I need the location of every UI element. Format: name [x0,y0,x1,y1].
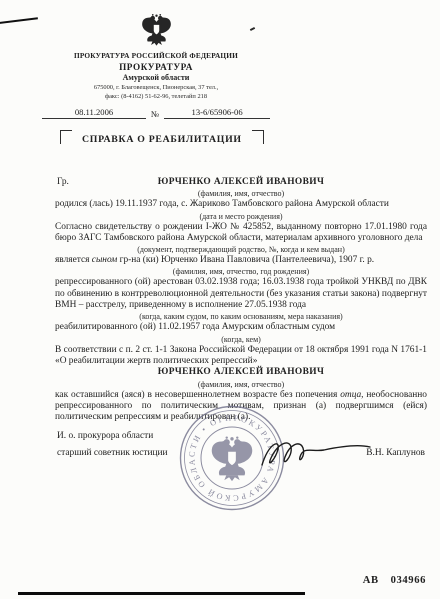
corner-mark-left [60,130,72,144]
relation-rest: гр-на (ки) Юрченко Ивана Павловича (Пант… [120,255,375,265]
rehabilitation-line: реабилитированного (ой) 11.02.1957 года … [55,322,427,333]
caption-conclusion-fio: (фамилия, имя, отчество) [55,379,427,390]
scan-artifact-bottom-line [18,592,305,595]
date-number-row: 08.11.2006 № 13-6/65906-06 [38,107,274,119]
gr-label: Гр. [57,177,69,188]
citizen-name-row: Гр. ЮРЧЕНКО АЛЕКСЕЙ ИВАНОВИЧ [55,177,427,188]
caption-proof-document: (документ, подтверждающий родство, №, ко… [55,244,427,255]
blank-serial: АВ 034966 [363,575,426,586]
page-title: СПРАВКА О РЕАБИЛИТАЦИИ [72,130,252,145]
conclusion-prefix: как оставшийся (аяся) в несовершеннолетн… [55,390,337,400]
caption-relative: (фамилия, имя, отчество, год рождения) [55,266,427,277]
rehabilitation-certificate-page: ПРОКУРАТУРА РОССИЙСКОЙ ФЕДЕРАЦИИ ПРОКУРА… [0,0,440,599]
org-name-prokuratura: ПРОКУРАТУРА [38,62,274,72]
serial-series: АВ [363,575,379,586]
org-address: 675000, г. Благовещенск, Пионерская, 37 … [38,84,274,91]
russia-coat-of-arms-icon [138,13,175,47]
caption-repression: (когда, каким судом, по каким основаниям… [55,311,427,322]
conclusion-name: ЮРЧЕНКО АЛЕКСЕЙ ИВАНОВИЧ [55,367,427,378]
caption-rehabilitation: (когда, кем) [55,334,427,345]
repression-line: репрессированного (ой) арестован 03.02.1… [55,277,427,311]
number-sign: № [151,109,159,119]
relation-prefix: является [55,255,89,265]
corner-mark-right [252,130,264,144]
document-number: 13-6/65906-06 [164,107,270,119]
law-reference-line: В соответствии с п. 2 ст. 1-1 Закона Рос… [55,345,427,368]
org-name-region: Амурской области [38,73,274,82]
signer-position-line1: И. о. прокурора области [57,431,153,442]
proof-document-line: Согласно свидетельству о рождении I-ЖО №… [55,222,427,245]
document-date: 08.11.2006 [42,107,146,119]
serial-number: 034966 [391,575,426,586]
title-row: СПРАВКА О РЕАБИЛИТАЦИИ [60,130,264,145]
relation-word: сыном [92,255,117,265]
birth-line: родился (лась) 19.11.1937 года, с. Жарик… [55,199,427,210]
caption-fio: (фамилия, имя, отчество) [55,188,427,199]
org-contacts: факс: (8-4162) 51-62-96, телетайп 218 [38,93,274,100]
org-name-federation: ПРОКУРАТУРА РОССИЙСКОЙ ФЕДЕРАЦИИ [38,51,274,60]
citizen-full-name: ЮРЧЕНКО АЛЕКСЕЙ ИВАНОВИЧ [158,177,324,187]
conclusion-italic-word: отца, [340,390,363,400]
handwritten-signature [254,427,376,475]
signer-position-line2: старший советник юстиции [57,448,168,459]
relation-line: является сыном гр-на (ки) Юрченко Ивана … [55,255,427,266]
caption-birth: (дата и место рождения) [55,211,427,222]
letterhead: ПРОКУРАТУРА РОССИЙСКОЙ ФЕДЕРАЦИИ ПРОКУРА… [38,13,274,119]
scan-artifact-diagonal-line [0,17,38,25]
